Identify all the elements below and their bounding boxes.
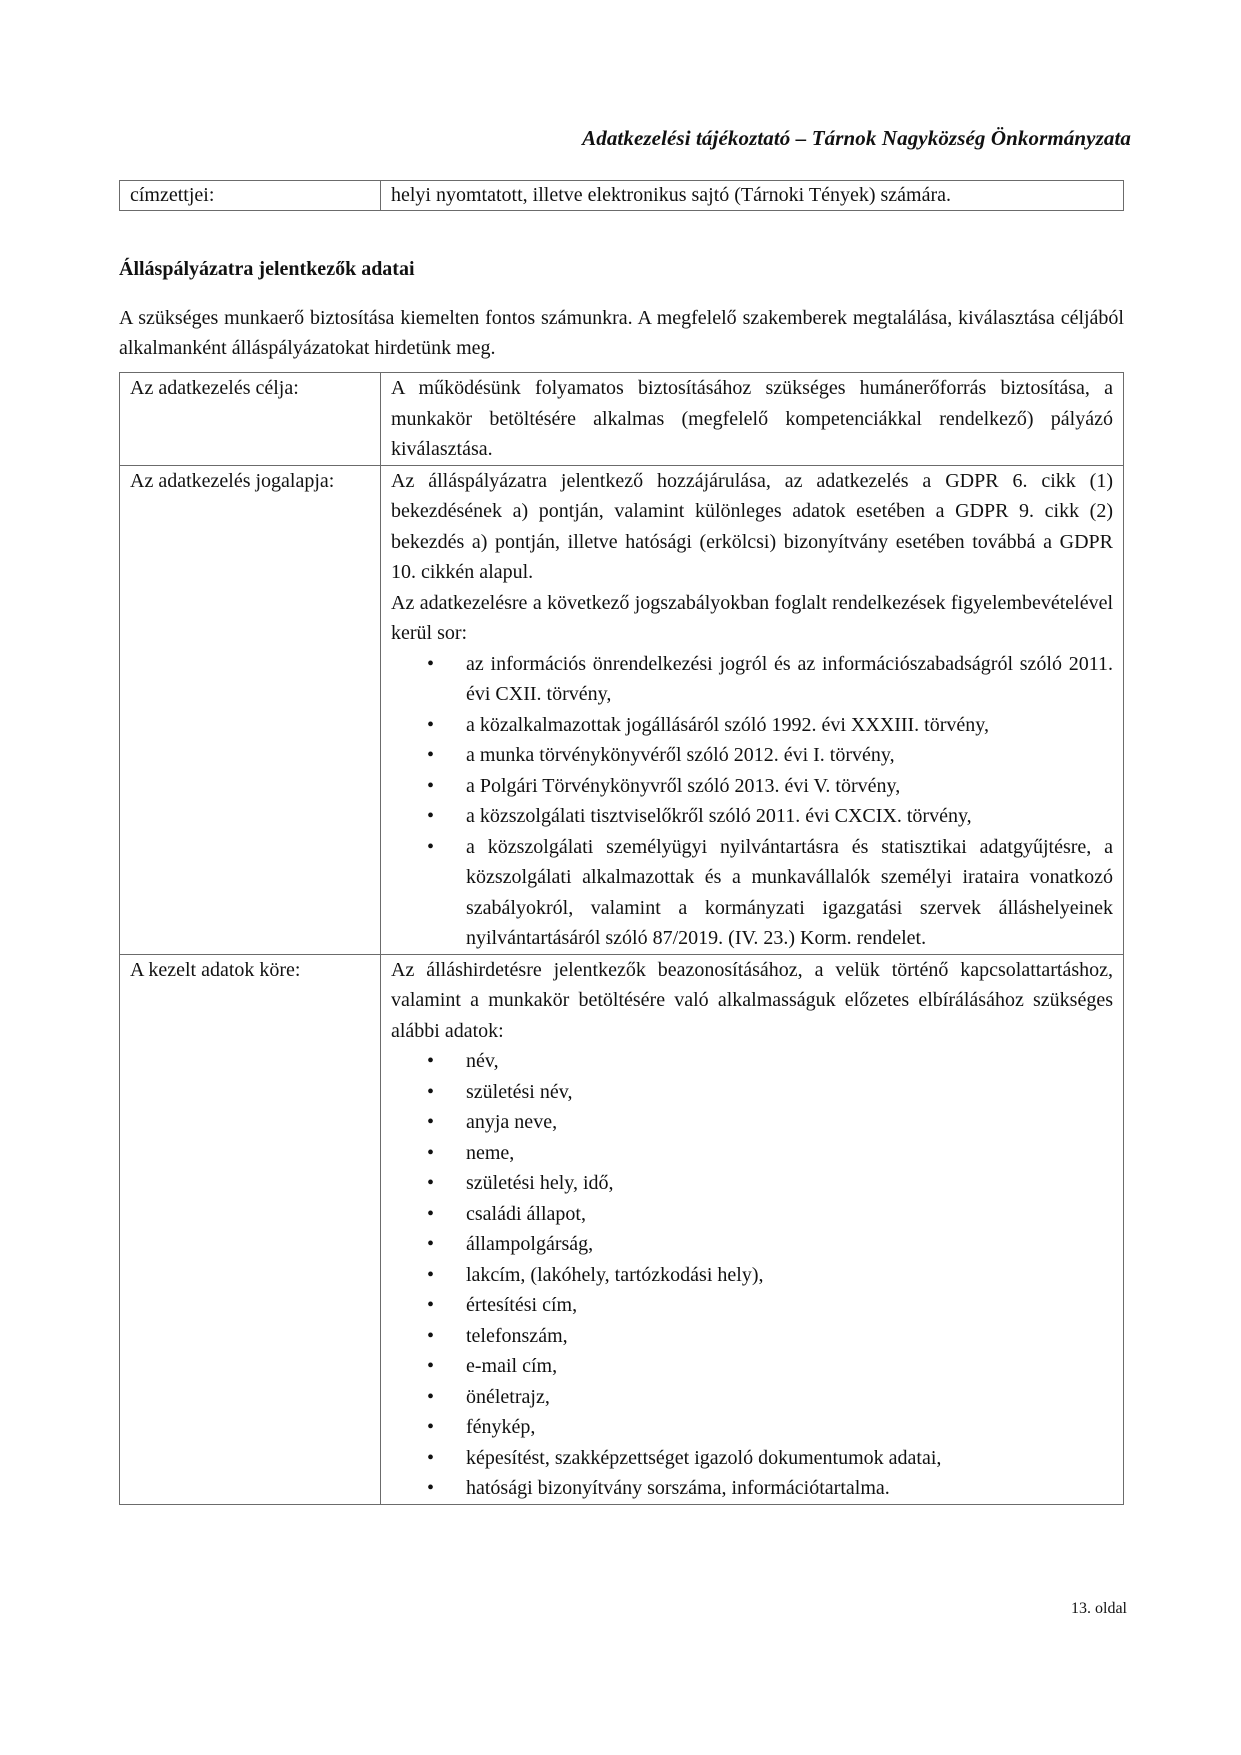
table-row: Az adatkezelés célja:A működésünk folyam… <box>120 373 1124 466</box>
bullet-icon: • <box>427 1412 434 1443</box>
bullet-icon: • <box>427 1290 434 1321</box>
list-item: •állampolgárság, <box>391 1229 1113 1260</box>
list-item-text: önéletrajz, <box>466 1386 550 1408</box>
list-item-text: hatósági bizonyítvány sorszáma, informác… <box>466 1477 890 1499</box>
bullet-icon: • <box>427 832 434 863</box>
list-item-text: fénykép, <box>466 1416 535 1438</box>
bullet-icon: • <box>427 801 434 832</box>
data-processing-table: Az adatkezelés célja:A működésünk folyam… <box>119 372 1124 1505</box>
bullet-icon: • <box>427 649 434 680</box>
list-item: •a közszolgálati tisztviselőkről szóló 2… <box>391 801 1113 832</box>
list-item-text: értesítési cím, <box>466 1294 577 1316</box>
document-header: Adatkezelési tájékoztató – Tárnok Nagykö… <box>582 126 1131 151</box>
list-item-text: az információs önrendelkezési jogról és … <box>466 653 1113 706</box>
list-item-text: a közszolgálati személyügyi nyilvántartá… <box>466 836 1113 950</box>
list-item: •születési név, <box>391 1077 1113 1108</box>
row-label: Az adatkezelés jogalapja: <box>120 465 381 954</box>
list-item-text: anyja neve, <box>466 1111 557 1133</box>
cell-paragraph: Az adatkezelésre a következő jogszabályo… <box>391 588 1113 649</box>
list-item: •önéletrajz, <box>391 1382 1113 1413</box>
section-intro: A szükséges munkaerő biztosítása kiemelt… <box>119 303 1124 363</box>
list-item-text: telefonszám, <box>466 1325 568 1347</box>
list-item: •neme, <box>391 1138 1113 1169</box>
bullet-icon: • <box>427 1443 434 1474</box>
row-label: Az adatkezelés célja: <box>120 373 381 466</box>
row-content: Az álláspályázatra jelentkező hozzájárul… <box>381 465 1124 954</box>
list-item: •képesítést, szakképzettséget igazoló do… <box>391 1443 1113 1474</box>
list-item-text: e-mail cím, <box>466 1355 557 1377</box>
table-row: Az adatkezelés jogalapja:Az álláspályáza… <box>120 465 1124 954</box>
bullet-icon: • <box>427 710 434 741</box>
bullet-icon: • <box>427 1351 434 1382</box>
list-item: •családi állapot, <box>391 1199 1113 1230</box>
bullet-icon: • <box>427 771 434 802</box>
list-item: •a munka törvénykönyvéről szóló 2012. év… <box>391 740 1113 771</box>
list-item: •a közalkalmazottak jogállásáról szóló 1… <box>391 710 1113 741</box>
list-item: •lakcím, (lakóhely, tartózkodási hely), <box>391 1260 1113 1291</box>
list-item-text: neme, <box>466 1142 514 1164</box>
list-item-text: születési hely, idő, <box>466 1172 614 1194</box>
row-label: címzettjei: <box>120 181 381 211</box>
row-content: A működésünk folyamatos biztosításához s… <box>381 373 1124 466</box>
list-item: •az információs önrendelkezési jogról és… <box>391 649 1113 710</box>
bullet-icon: • <box>427 1138 434 1169</box>
list-item-text: a munka törvénykönyvéről szóló 2012. évi… <box>466 744 895 766</box>
row-content: helyi nyomtatott, illetve elektronikus s… <box>381 181 1124 211</box>
cell-paragraph: Az álláshirdetésre jelentkezők beazonosí… <box>391 955 1113 1047</box>
bullet-list: •név,•születési név,•anyja neve,•neme,•s… <box>391 1046 1113 1504</box>
bullet-icon: • <box>427 1229 434 1260</box>
list-item: •fénykép, <box>391 1412 1113 1443</box>
bullet-icon: • <box>427 740 434 771</box>
section-title: Álláspályázatra jelentkezők adatai <box>119 258 415 281</box>
list-item: •név, <box>391 1046 1113 1077</box>
table-row: A kezelt adatok köre:Az álláshirdetésre … <box>120 954 1124 1504</box>
list-item: •e-mail cím, <box>391 1351 1113 1382</box>
list-item: •telefonszám, <box>391 1321 1113 1352</box>
list-item: •születési hely, idő, <box>391 1168 1113 1199</box>
list-item-text: családi állapot, <box>466 1203 586 1225</box>
row-label: A kezelt adatok köre: <box>120 954 381 1504</box>
table-row: címzettjei: helyi nyomtatott, illetve el… <box>120 181 1124 211</box>
bullet-icon: • <box>427 1260 434 1291</box>
list-item-text: a Polgári Törvénykönyvről szóló 2013. év… <box>466 775 900 797</box>
list-item-text: a közszolgálati tisztviselőkről szóló 20… <box>466 805 972 827</box>
list-item-text: állampolgárság, <box>466 1233 593 1255</box>
list-item: •a Polgári Törvénykönyvről szóló 2013. é… <box>391 771 1113 802</box>
list-item-text: név, <box>466 1050 499 1072</box>
list-item: •anyja neve, <box>391 1107 1113 1138</box>
list-item: •hatósági bizonyítvány sorszáma, informá… <box>391 1473 1113 1504</box>
cell-paragraph: Az álláspályázatra jelentkező hozzájárul… <box>391 466 1113 588</box>
bullet-icon: • <box>427 1107 434 1138</box>
bullet-icon: • <box>427 1199 434 1230</box>
list-item-text: lakcím, (lakóhely, tartózkodási hely), <box>466 1264 764 1286</box>
list-item-text: képesítést, szakképzettséget igazoló dok… <box>466 1447 941 1469</box>
bullet-icon: • <box>427 1473 434 1504</box>
bullet-icon: • <box>427 1382 434 1413</box>
list-item: •a közszolgálati személyügyi nyilvántart… <box>391 832 1113 954</box>
bullet-icon: • <box>427 1168 434 1199</box>
row-content: Az álláshirdetésre jelentkezők beazonosí… <box>381 954 1124 1504</box>
page-number: 13. oldal <box>1071 1600 1127 1618</box>
cell-paragraph: A működésünk folyamatos biztosításához s… <box>391 373 1113 465</box>
list-item-text: születési név, <box>466 1081 572 1103</box>
bullet-icon: • <box>427 1046 434 1077</box>
list-item: •értesítési cím, <box>391 1290 1113 1321</box>
bullet-icon: • <box>427 1077 434 1108</box>
recipients-table: címzettjei: helyi nyomtatott, illetve el… <box>119 180 1124 211</box>
bullet-icon: • <box>427 1321 434 1352</box>
bullet-list: •az információs önrendelkezési jogról és… <box>391 649 1113 954</box>
list-item-text: a közalkalmazottak jogállásáról szóló 19… <box>466 714 989 736</box>
